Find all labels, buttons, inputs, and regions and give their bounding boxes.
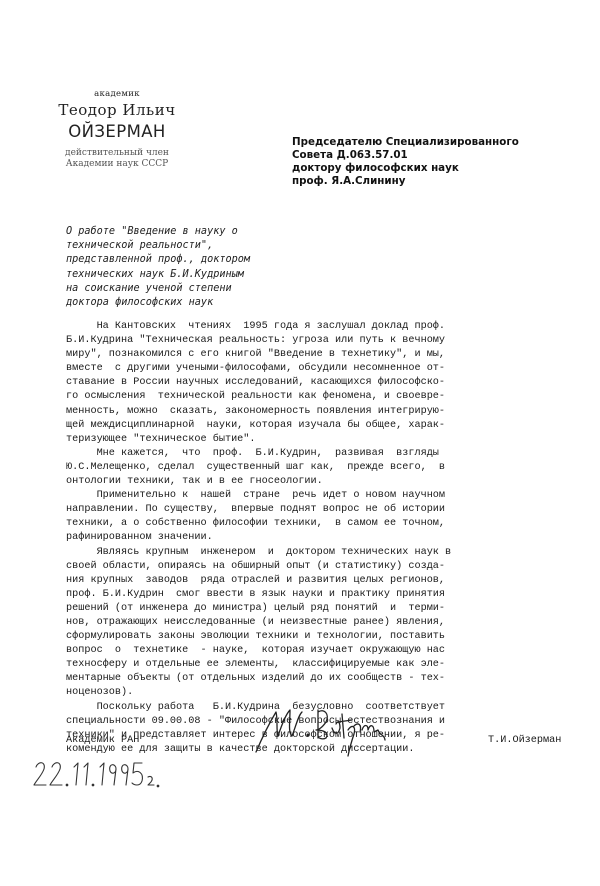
handwritten-date-icon: 22.11.1995г.: [30, 753, 180, 793]
body-line: ментарные объекты (от отдельных изделий …: [66, 672, 566, 686]
subject-line: доктора философских наук: [66, 296, 250, 310]
subject-line: технических наук Б.И.Кудриным: [66, 268, 250, 282]
letterhead-membership-line2: Академии наук СССР: [52, 159, 182, 170]
body-line: своей области, опираясь на обширный опыт…: [66, 560, 566, 574]
body-line: онтологии техники, так и в ее гносеологи…: [66, 475, 566, 489]
body-line: щей междисциплинарной науки, которая изу…: [66, 419, 566, 433]
body-line: миру", познакомился с его книгой "Введен…: [66, 348, 566, 362]
addressee-block: Председателю Специализированного Совета …: [292, 136, 519, 188]
body-line: ставание в России научных исследований, …: [66, 376, 566, 390]
body-line: нов, отражающих неисследованные (и неизв…: [66, 616, 566, 630]
body-line: Ю.С.Мелещенко, сделал существенный шаг к…: [66, 461, 566, 475]
letter-body: На Кантовских чтениях 1995 года я заслуш…: [66, 320, 566, 757]
addressee-line: Председателю Специализированного: [292, 136, 519, 149]
body-line: го осмысления технической реальности как…: [66, 390, 566, 404]
body-line: Применительно к нашей стране речь идет о…: [66, 489, 566, 503]
body-line: ния крупных заводов ряда отраслей и разв…: [66, 574, 566, 588]
body-line: Являясь крупным инженером и доктором тех…: [66, 546, 566, 560]
body-line: ноценозов).: [66, 686, 566, 700]
body-line: Б.И.Кудрина "Техническая реальность: угр…: [66, 334, 566, 348]
body-line: Мне кажется, что проф. Б.И.Кудрин, разви…: [66, 447, 566, 461]
addressee-line: проф. Я.А.Слинину: [292, 175, 519, 188]
body-line: решений (от инженера до министра) целый …: [66, 602, 566, 616]
subject-line: технической реальности",: [66, 239, 250, 253]
letterhead-name: Теодор Ильич: [52, 100, 182, 120]
body-line: вопрос о технетике - науке, которая изуч…: [66, 644, 566, 658]
subject-line: О работе "Введение в науку о: [66, 225, 250, 239]
addressee-line: доктору философских наук: [292, 162, 519, 175]
subject-line: на соискание ученой степени: [66, 282, 250, 296]
body-line: проф. Б.И.Кудрин смог ввести в язык наук…: [66, 588, 566, 602]
signature-icon: [252, 700, 387, 758]
body-line: техники, а о собственно философии техник…: [66, 517, 566, 531]
body-line: рафинированном значении.: [66, 531, 566, 545]
body-line: менность, можно сказать, закономерность …: [66, 405, 566, 419]
closing-position: Академик РАН: [66, 734, 139, 748]
body-line: теризующее "техническое бытие".: [66, 433, 566, 447]
subject-block: О работе "Введение в науку о технической…: [66, 225, 250, 310]
body-line: сформулировать законы эволюции техники и…: [66, 630, 566, 644]
subject-line: представленной проф., доктором: [66, 253, 250, 267]
body-line: направлении. По существу, впервые поднят…: [66, 503, 566, 517]
letterhead-surname: ОЙЗЕРМАН: [52, 120, 182, 143]
letterhead-title: академик: [52, 88, 182, 100]
letterhead: академик Теодор Ильич ОЙЗЕРМАН действите…: [52, 88, 182, 170]
addressee-line: Совета Д.063.57.01: [292, 149, 519, 162]
body-line: вместе с другими учеными-философами, обс…: [66, 362, 566, 376]
body-line: техносферу и отдельные ее элементы, клас…: [66, 658, 566, 672]
closing-signer-name: Т.И.Ойзерман: [488, 734, 561, 748]
body-line: На Кантовских чтениях 1995 года я заслуш…: [66, 320, 566, 334]
letterhead-membership: действительный член Академии наук СССР: [52, 148, 182, 170]
letterhead-membership-line1: действительный член: [52, 148, 182, 159]
